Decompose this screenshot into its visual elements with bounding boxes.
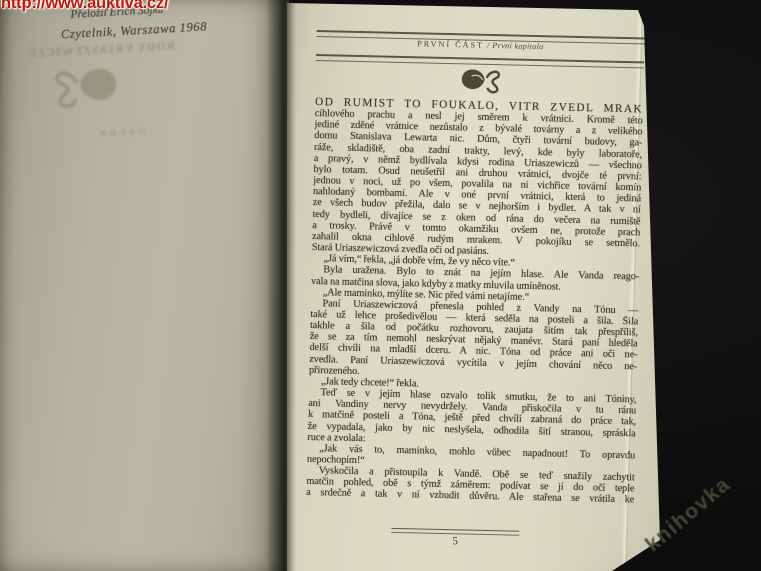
text-block: OD RUMIŠŤ TO FOUKALO, VÍTR ZVEDL MRAKcih…	[306, 97, 643, 506]
right-page: PRVNÍ ČÁST/První kapitola OD RUMIŠŤ TO F…	[287, 0, 663, 571]
book-photo: Přeložil Erich Sojka Czytelnik, Warszawa…	[0, 0, 761, 571]
left-page: Přeložil Erich Sojka Czytelnik, Warszawa…	[0, 0, 289, 571]
page-number: 5	[391, 534, 519, 549]
auction-url-watermark: http://www.auktiva.cz/	[1, 0, 168, 13]
showthrough-publisher: ODEON	[0, 119, 261, 145]
showthrough-fleuron-icon	[0, 55, 230, 124]
header-separator: /	[487, 41, 489, 50]
left-page-content: Přeložil Erich Sojka Czytelnik, Warszawa…	[0, 0, 319, 571]
part-title: PRVNÍ ČÁST	[417, 39, 484, 50]
chapter-title: První kapitola	[492, 41, 543, 51]
right-page-content: PRVNÍ ČÁST/První kapitola OD RUMIŠŤ TO F…	[304, 18, 644, 571]
